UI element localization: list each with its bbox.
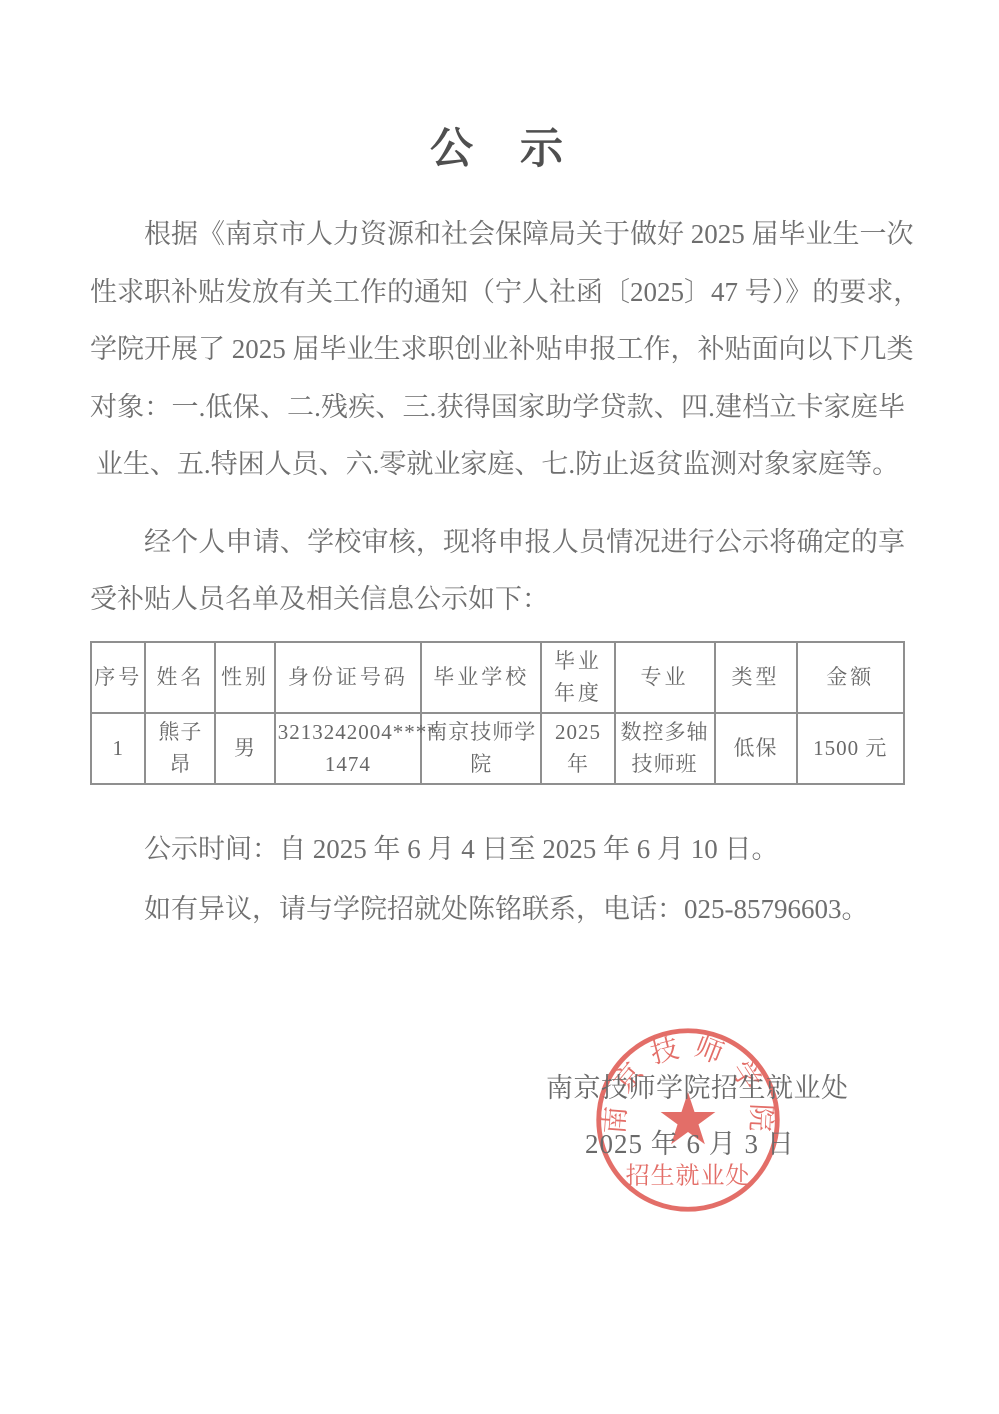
cell-graduation-year: 2025 年 <box>541 713 614 784</box>
header-name: 姓名 <box>145 642 215 713</box>
header-major: 专业 <box>615 642 715 713</box>
paragraph-line: 受补贴人员名单及相关信息公示如下： <box>90 571 905 629</box>
official-seal: 南京技师学院 招生就业处 <box>592 1024 784 1216</box>
header-type: 类型 <box>715 642 797 713</box>
notice-period-line: 公示时间：自 2025 年 6 月 4 日至 2025 年 6 月 10 日。 <box>90 819 905 879</box>
paragraph-line: 学院开展了 2025 届毕业生求职创业补贴申报工作，补贴面向以下几类 <box>90 321 905 379</box>
cell-type: 低保 <box>715 713 797 784</box>
header-id-number: 身份证号码 <box>275 642 421 713</box>
paragraph-line: 根据《南京市人力资源和社会保障局关于做好 2025 届毕业生一次 <box>90 206 905 264</box>
signature-date: 2025 年 6 月 3 日 <box>585 1122 795 1161</box>
paragraph-line: 性求职补贴发放有关工作的通知（宁人社函〔2025〕47 号）》的要求， <box>90 264 905 322</box>
cell-id-number: 3213242004**** 1474 <box>275 713 421 784</box>
notice-block: 公示时间：自 2025 年 6 月 4 日至 2025 年 6 月 10 日。 … <box>90 819 905 939</box>
paragraph-line: 对象：一.低保、二.残疾、三.获得国家助学贷款、四.建档立卡家庭毕 <box>90 379 905 437</box>
notice-contact-line: 如有异议，请与学院招就处陈铭联系，电话：025-85796603。 <box>90 879 905 939</box>
cell-major: 数控多轴 技师班 <box>615 713 715 784</box>
header-gender: 性别 <box>215 642 274 713</box>
page-title: 公 示 <box>90 114 905 186</box>
header-amount: 金额 <box>797 642 904 713</box>
paragraph-announcement: 经个人申请、学校审核，现将申报人员情况进行公示将确定的享 受补贴人员名单及相关信… <box>90 514 905 629</box>
signature-department: 南京技师学院招生就业处 <box>546 1066 849 1105</box>
cell-graduation-school: 南京技师学院 <box>421 713 541 784</box>
seal-bottom-text: 招生就业处 <box>626 1162 751 1189</box>
cell-gender: 男 <box>215 713 274 784</box>
header-graduation-school: 毕业学校 <box>421 642 541 713</box>
paragraph-line: 经个人申请、学校审核，现将申报人员情况进行公示将确定的享 <box>90 514 905 572</box>
header-serial-number: 序号 <box>91 642 145 713</box>
cell-serial-number: 1 <box>91 713 145 784</box>
table-header-row: 序号 姓名 性别 身份证号码 毕业学校 毕业 年度 专业 类型 金额 <box>91 642 904 713</box>
cell-name: 熊子昂 <box>145 713 215 784</box>
table-row: 1 熊子昂 男 3213242004**** 1474 南京技师学院 2025 … <box>91 713 904 784</box>
header-graduation-year: 毕业 年度 <box>541 642 614 713</box>
document-page: 公 示 根据《南京市人力资源和社会保障局关于做好 2025 届毕业生一次 性求职… <box>0 0 999 1414</box>
document-content: 公 示 根据《南京市人力资源和社会保障局关于做好 2025 届毕业生一次 性求职… <box>0 114 999 939</box>
subsidy-recipient-table: 序号 姓名 性别 身份证号码 毕业学校 毕业 年度 专业 类型 金额 1 熊子昂… <box>90 641 905 785</box>
cell-amount: 1500 元 <box>797 713 904 784</box>
paragraph-basis: 根据《南京市人力资源和社会保障局关于做好 2025 届毕业生一次 性求职补贴发放… <box>90 206 905 494</box>
paragraph-line: 业生、五.特困人员、六.零就业家庭、七.防止返贫监测对象家庭等。 <box>90 436 905 494</box>
